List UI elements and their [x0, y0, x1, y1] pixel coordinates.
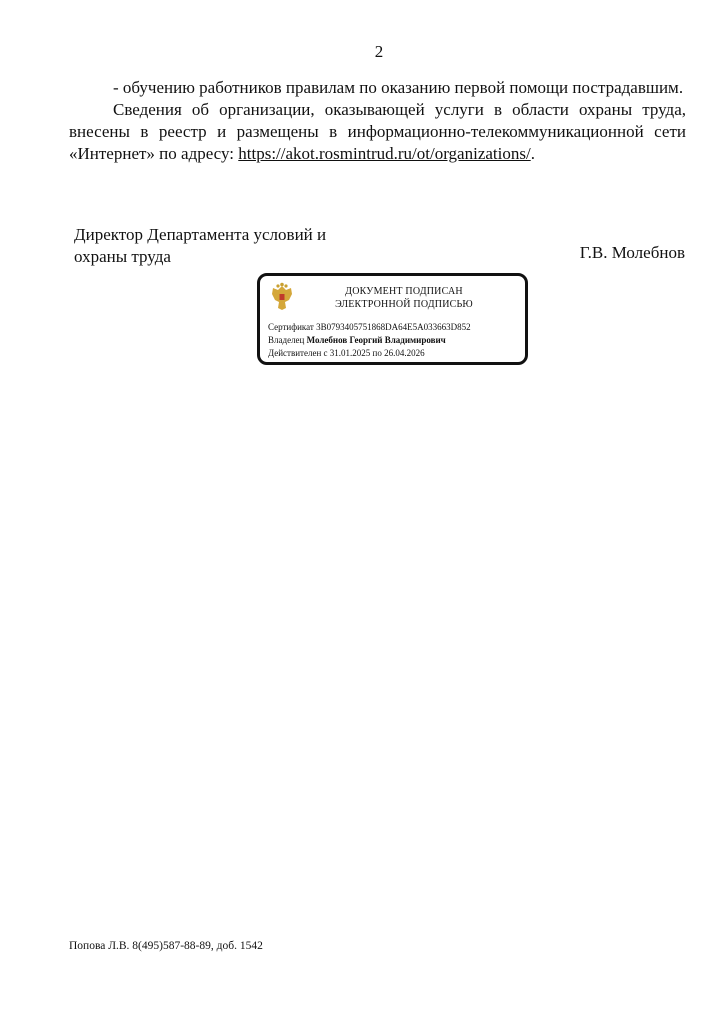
validity-row: Действителен с 31.01.2025 по 26.04.2026: [268, 347, 425, 359]
stamp-heading-line2: ЭЛЕКТРОННОЙ ПОДПИСЬЮ: [304, 298, 504, 311]
executor-contact: Попова Л.В. 8(495)587-88-89, доб. 1542: [69, 940, 263, 952]
certificate-row: Сертификат 3B0793405751868DA64E5A033663D…: [268, 321, 471, 333]
paragraph-registry: Сведения об организации, оказывающей усл…: [69, 99, 686, 165]
signatory-name: Г.В. Молебнов: [580, 243, 685, 263]
signatory-title-line1: Директор Департамента условий и: [74, 224, 326, 246]
signatory-title: Директор Департамента условий и охраны т…: [74, 224, 326, 268]
owner-row: Владелец Молебнов Георгий Владимирович: [268, 334, 446, 346]
paragraph-registry-end: .: [531, 144, 535, 163]
certificate-label: Сертификат: [268, 322, 314, 332]
valid-to-label: по: [373, 348, 382, 358]
page-number: 2: [0, 42, 725, 62]
valid-label: Действителен с: [268, 348, 328, 358]
paragraph-first-aid: - обучению работников правилам по оказан…: [69, 77, 686, 99]
registry-link[interactable]: https://akot.rosmintrud.ru/ot/organizati…: [238, 144, 530, 163]
valid-to: 26.04.2026: [384, 348, 425, 358]
owner-label: Владелец: [268, 335, 304, 345]
owner-value: Молебнов Георгий Владимирович: [307, 335, 446, 345]
stamp-heading-line1: ДОКУМЕНТ ПОДПИСАН: [304, 285, 504, 298]
signatory-title-line2: охраны труда: [74, 246, 326, 268]
stamp-heading: ДОКУМЕНТ ПОДПИСАН ЭЛЕКТРОННОЙ ПОДПИСЬЮ: [304, 285, 504, 311]
certificate-value: 3B0793405751868DA64E5A033663D852: [316, 322, 471, 332]
valid-from: 31.01.2025: [330, 348, 371, 358]
electronic-signature-stamp: ДОКУМЕНТ ПОДПИСАН ЭЛЕКТРОННОЙ ПОДПИСЬЮ С…: [257, 273, 528, 365]
coat-of-arms-icon: [269, 282, 295, 312]
